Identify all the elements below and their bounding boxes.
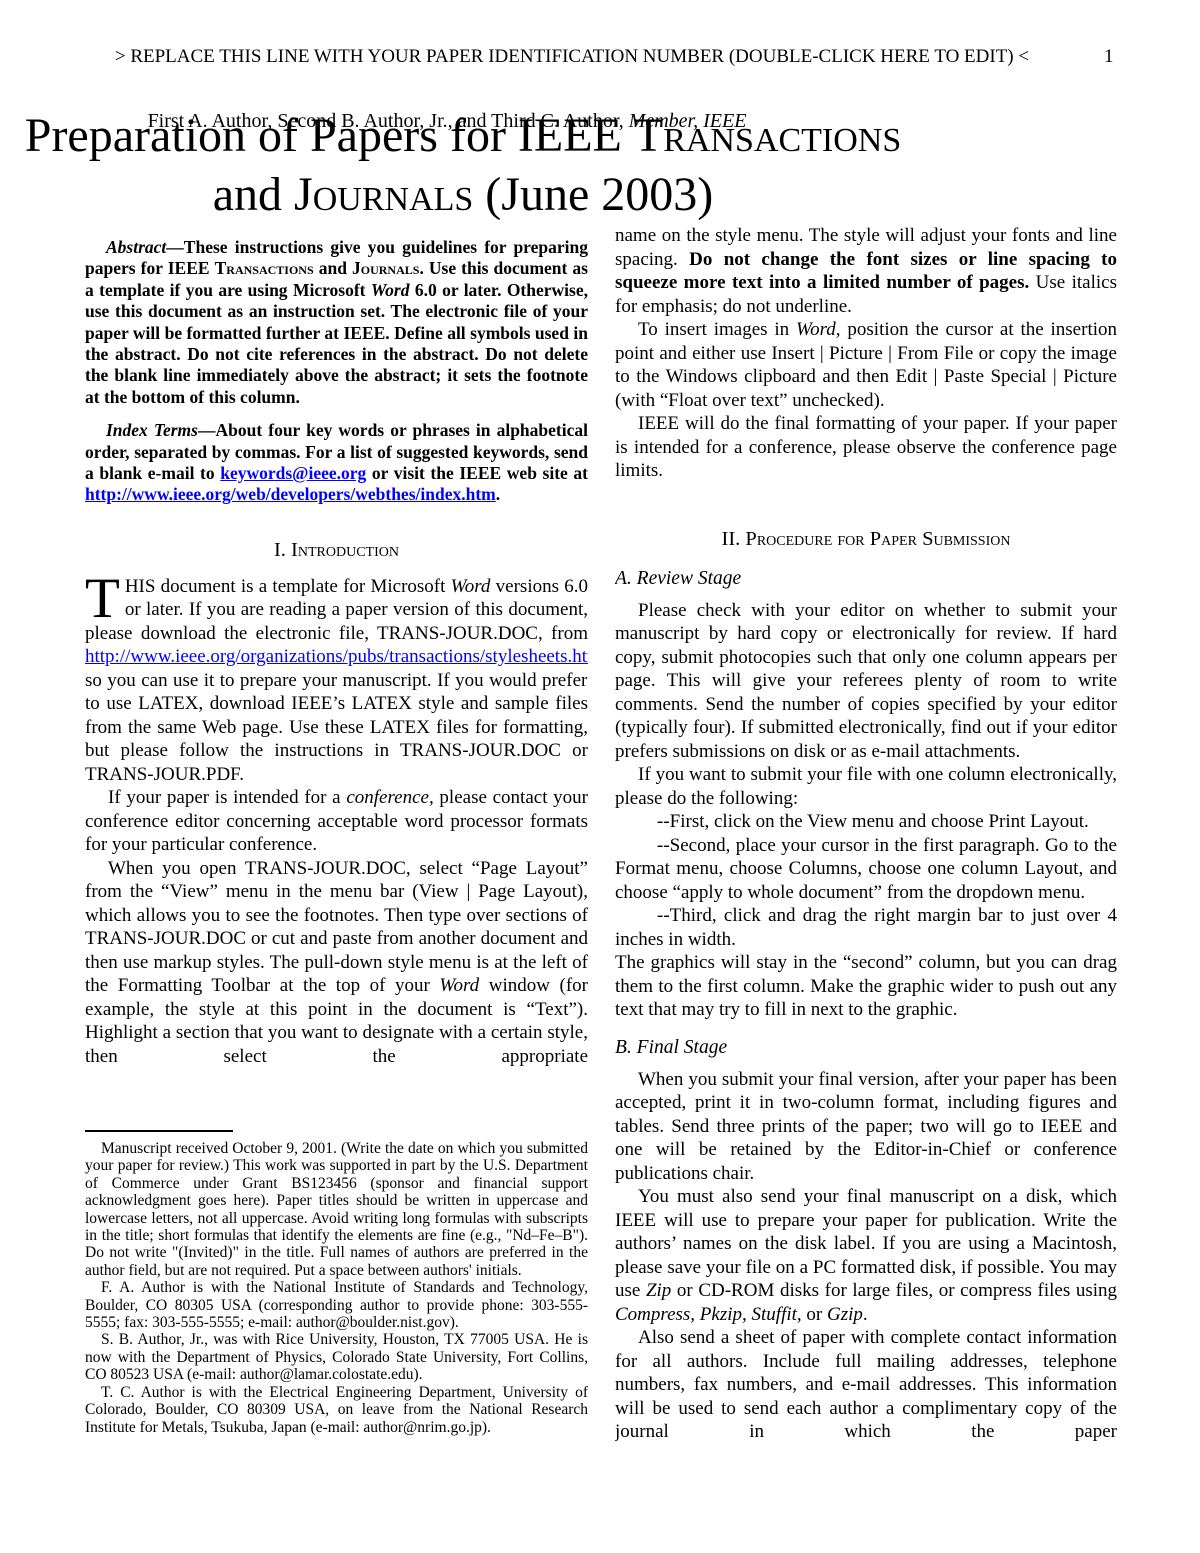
text-run: . <box>863 1304 868 1325</box>
text-run: Zip <box>646 1280 671 1301</box>
title-text: Preparation of Papers for IEEE <box>25 109 634 162</box>
text-run: or <box>802 1304 827 1325</box>
text-run: HIS document is a template for Microsoft <box>125 576 451 597</box>
paragraph: --First, click on the View menu and choo… <box>615 810 1117 834</box>
right-column: name on the style menu. The style will a… <box>615 224 1117 1476</box>
hyperlink[interactable]: http://www.ieee.org/web/developers/webth… <box>85 484 496 504</box>
paragraph: If you want to submit your file with one… <box>615 763 1117 810</box>
paragraph: You must also send your final manuscript… <box>615 1185 1117 1326</box>
paragraph: When you submit your final version, afte… <box>615 1068 1117 1186</box>
text-run: To insert images in <box>638 319 796 340</box>
footnote: S. B. Author, Jr., was with Rice Univers… <box>85 1331 588 1383</box>
text-run: Also send a sheet of paper with complete… <box>615 1327 1117 1442</box>
text-run: --Second, place your cursor in the first… <box>615 835 1117 903</box>
text-run: or CD-ROM disks for large files, or comp… <box>671 1280 1117 1301</box>
paragraph: When you open TRANS-JOUR.DOC, select “Pa… <box>85 857 588 1069</box>
title-line-2: and Journals (June 2003) <box>4 165 922 224</box>
text-run: If your paper is intended for a <box>108 787 346 808</box>
text-run: Word, <box>796 319 841 340</box>
document-page: > REPLACE THIS LINE WITH YOUR PAPER IDEN… <box>0 0 1200 1553</box>
footnote: T. C. Author is with the Electrical Engi… <box>85 1384 588 1436</box>
paragraph: IEEE will do the final formatting of you… <box>615 412 1117 483</box>
footnote: F. A. Author is with the National Instit… <box>85 1279 588 1331</box>
text-run: Word <box>451 576 491 597</box>
text-run: Word <box>439 975 479 996</box>
footnote-separator <box>85 1130 233 1132</box>
text-run: S. B. Author, Jr., was with Rice Univers… <box>85 1331 588 1383</box>
text-run: F. A. Author is with the National Instit… <box>85 1279 588 1331</box>
paragraph: Please check with your editor on whether… <box>615 599 1117 764</box>
text-run: Transactions <box>215 258 314 278</box>
hyperlink[interactable]: http://www.ieee.org/organizations/pubs/t… <box>85 646 588 667</box>
text-run: and <box>314 258 352 278</box>
text-run: Please check with your editor on whether… <box>615 600 1117 762</box>
text-run: or visit the IEEE web site at <box>366 463 588 483</box>
running-header[interactable]: > REPLACE THIS LINE WITH YOUR PAPER IDEN… <box>72 46 1072 68</box>
paragraph: --Second, place your cursor in the first… <box>615 834 1117 905</box>
paper-title: Preparation of Papers for IEEE Transacti… <box>4 106 922 224</box>
abstract-paragraph: Abstract—These instructions give you gui… <box>85 237 588 408</box>
paragraph: To insert images in Word, position the c… <box>615 318 1117 412</box>
paragraph: name on the style menu. The style will a… <box>615 224 1117 318</box>
intro-paragraph: THIS document is a template for Microsof… <box>85 575 588 787</box>
text-run: If you want to submit your file with one… <box>615 764 1117 809</box>
text-run: IEEE will do the final formatting of you… <box>615 413 1117 481</box>
left-column: Abstract—These instructions give you gui… <box>85 237 588 1125</box>
text-run: Word <box>371 280 410 300</box>
text-run: so you can use it to prepare your manusc… <box>85 670 588 785</box>
section-heading: II. Procedure for Paper Submission <box>615 527 1117 551</box>
title-smallcaps: Transactions <box>634 109 901 162</box>
text-run: Index Terms <box>106 420 198 440</box>
footnote: Manuscript received October 9, 2001. (Wr… <box>85 1140 588 1279</box>
text-run: Manuscript received October 9, 2001. (Wr… <box>85 1140 588 1279</box>
paragraph: If your paper is intended for a conferen… <box>85 786 588 857</box>
section-heading: I. Introduction <box>85 538 588 562</box>
footnote-block: Manuscript received October 9, 2001. (Wr… <box>85 1126 588 1436</box>
subsection-heading: B. Final Stage <box>615 1036 1117 1060</box>
title-text: and <box>213 168 294 221</box>
paragraph: The graphics will stay in the “second” c… <box>615 951 1117 1022</box>
title-text: (June 2003) <box>473 168 713 221</box>
text-run: . <box>496 484 500 504</box>
text-run: --First, click on the View menu and choo… <box>657 811 1089 832</box>
text-run: Compress, Pkzip, Stuffit, <box>615 1304 802 1325</box>
paragraph: Also send a sheet of paper with complete… <box>615 1326 1117 1444</box>
drop-cap: T <box>85 575 125 622</box>
text-run: When you submit your final version, afte… <box>615 1069 1117 1184</box>
text-run: Journals <box>352 258 419 278</box>
hyperlink[interactable]: keywords@ieee.org <box>220 463 366 483</box>
text-run: Abstract <box>106 237 166 257</box>
title-smallcaps: Journals <box>294 168 473 221</box>
text-run: conference, <box>346 787 433 808</box>
text-run: T. C. Author is with the Electrical Engi… <box>85 1384 588 1436</box>
title-line-1: Preparation of Papers for IEEE Transacti… <box>4 106 922 165</box>
index-terms-paragraph: Index Terms—About four key words or phra… <box>85 420 588 506</box>
paragraph: --Third, click and drag the right margin… <box>615 904 1117 951</box>
text-run: --Third, click and drag the right margin… <box>615 905 1117 950</box>
text-run: The graphics will stay in the “second” c… <box>615 952 1117 1020</box>
page-number: 1 <box>1104 46 1114 68</box>
subsection-heading: A. Review Stage <box>615 567 1117 591</box>
text-run: Gzip <box>827 1304 863 1325</box>
